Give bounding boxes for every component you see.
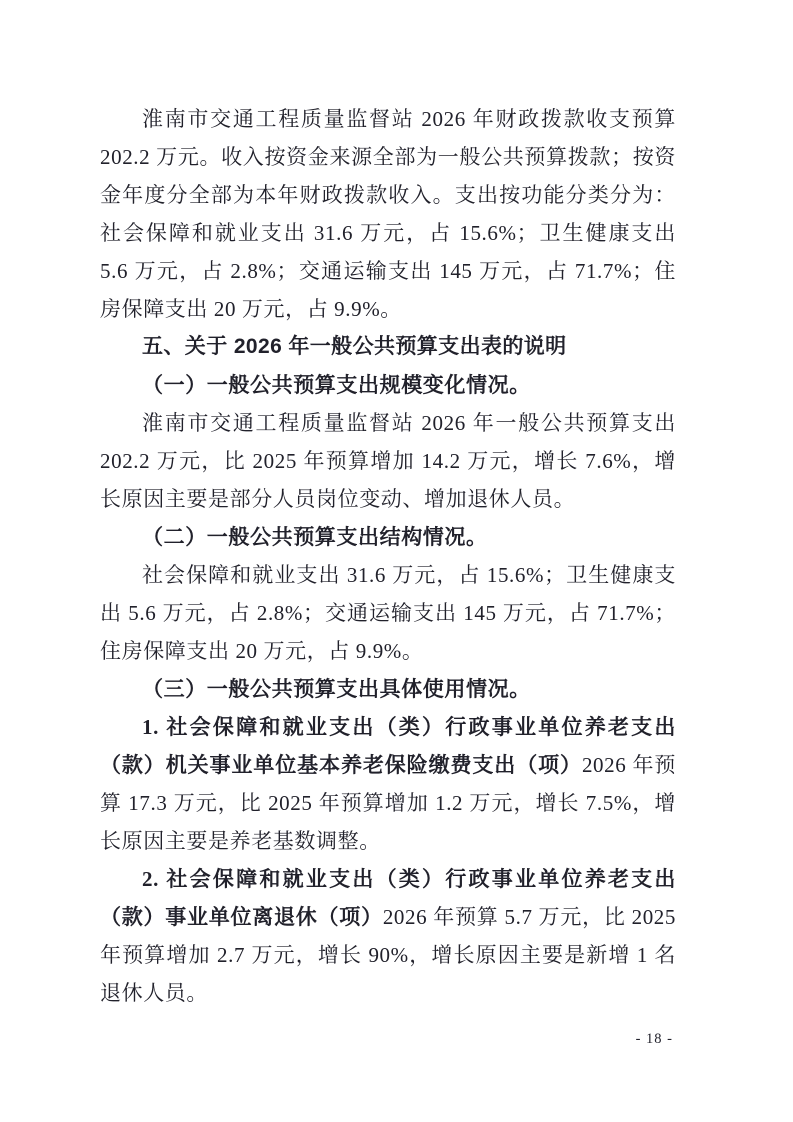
heading-text: （一）一般公共预算支出规模变化情况。 bbox=[142, 373, 531, 397]
subsection-heading-specific-usage: （三）一般公共预算支出具体使用情况。 bbox=[100, 670, 676, 708]
paragraph-scale-change-detail: 淮南市交通工程质量监督站 2026 年一般公共预算支出 202.2 万元，比 2… bbox=[100, 404, 676, 518]
heading-text: （二）一般公共预算支出结构情况。 bbox=[142, 525, 488, 549]
subsection-heading-structure: （二）一般公共预算支出结构情况。 bbox=[100, 518, 676, 556]
paragraph-text: 社会保障和就业支出 31.6 万元，占 15.6%；卫生健康支出 5.6 万元，… bbox=[100, 563, 676, 663]
heading-text: （三）一般公共预算支出具体使用情况。 bbox=[142, 677, 531, 701]
paragraph-fiscal-appropriation-overview: 淮南市交通工程质量监督站 2026 年财政拨款收支预算 202.2 万元。收入按… bbox=[100, 100, 676, 328]
document-body: 淮南市交通工程质量监督站 2026 年财政拨款收支预算 202.2 万元。收入按… bbox=[100, 100, 676, 1012]
paragraph-structure-detail: 社会保障和就业支出 31.6 万元，占 15.6%；卫生健康支出 5.6 万元，… bbox=[100, 556, 676, 670]
section-heading-general-budget-expenditure: 五、关于 2026 年一般公共预算支出表的说明 bbox=[100, 328, 676, 366]
heading-text: 五、关于 2026 年一般公共预算支出表的说明 bbox=[142, 335, 567, 358]
document-page: 淮南市交通工程质量监督站 2026 年财政拨款收支预算 202.2 万元。收入按… bbox=[0, 0, 793, 1122]
page-number: - 18 - bbox=[636, 1031, 673, 1047]
subsection-heading-scale-change: （一）一般公共预算支出规模变化情况。 bbox=[100, 366, 676, 404]
page-footer: - 18 - bbox=[0, 1030, 673, 1048]
paragraph-text: 淮南市交通工程质量监督站 2026 年一般公共预算支出 202.2 万元，比 2… bbox=[100, 411, 676, 511]
numbered-item-retirement: 2. 社会保障和就业支出（类）行政事业单位养老支出（款）事业单位离退休（项）20… bbox=[100, 860, 676, 1012]
numbered-item-pension-contribution: 1. 社会保障和就业支出（类）行政事业单位养老支出（款）机关事业单位基本养老保险… bbox=[100, 708, 676, 860]
paragraph-text: 淮南市交通工程质量监督站 2026 年财政拨款收支预算 202.2 万元。收入按… bbox=[100, 107, 676, 321]
